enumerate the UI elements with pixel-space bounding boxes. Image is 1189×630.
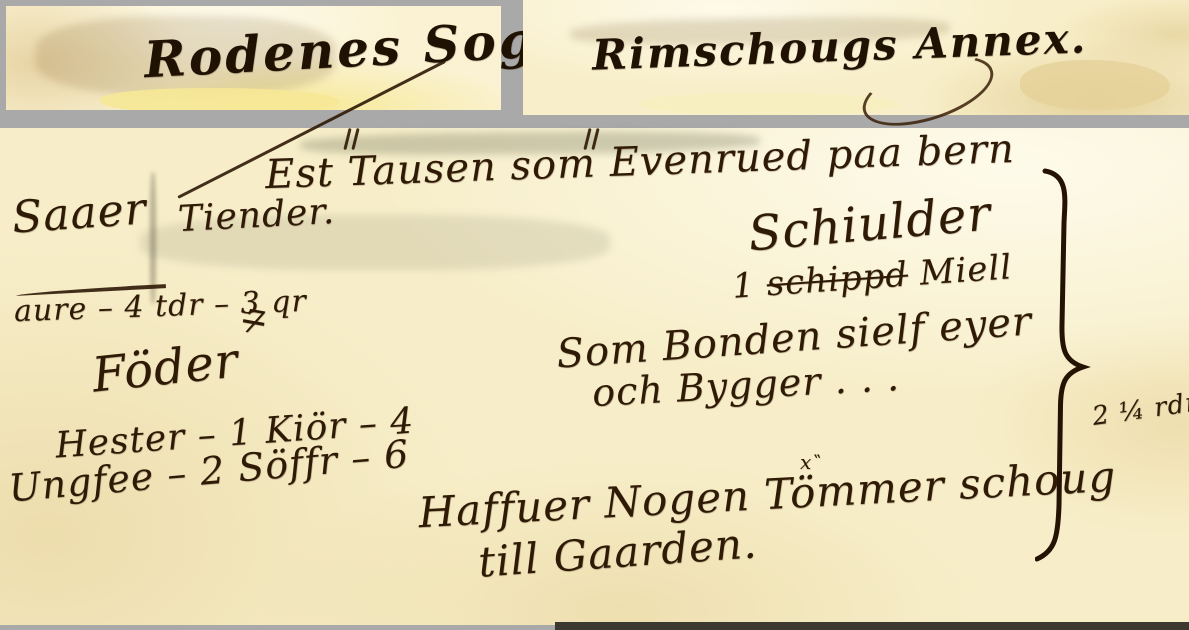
- document-scan: Rodenes Sogn Rimschougs Annex. Est Tause…: [0, 0, 1189, 630]
- manuscript-heading-feeds: Föder: [90, 336, 241, 399]
- sum-bracket-icon: [1035, 165, 1095, 569]
- manuscript-heading-sow: Saaer: [11, 187, 148, 240]
- dues-prefix: 1: [731, 264, 768, 306]
- paper-stain: [1020, 60, 1170, 110]
- paper-stain: [640, 93, 900, 115]
- dues-suffix: Miell: [907, 247, 1014, 294]
- paper-stain: [100, 88, 340, 110]
- manuscript-heading-tithe: Tiender.: [177, 194, 336, 238]
- scan-edge-shadow: [555, 622, 1189, 630]
